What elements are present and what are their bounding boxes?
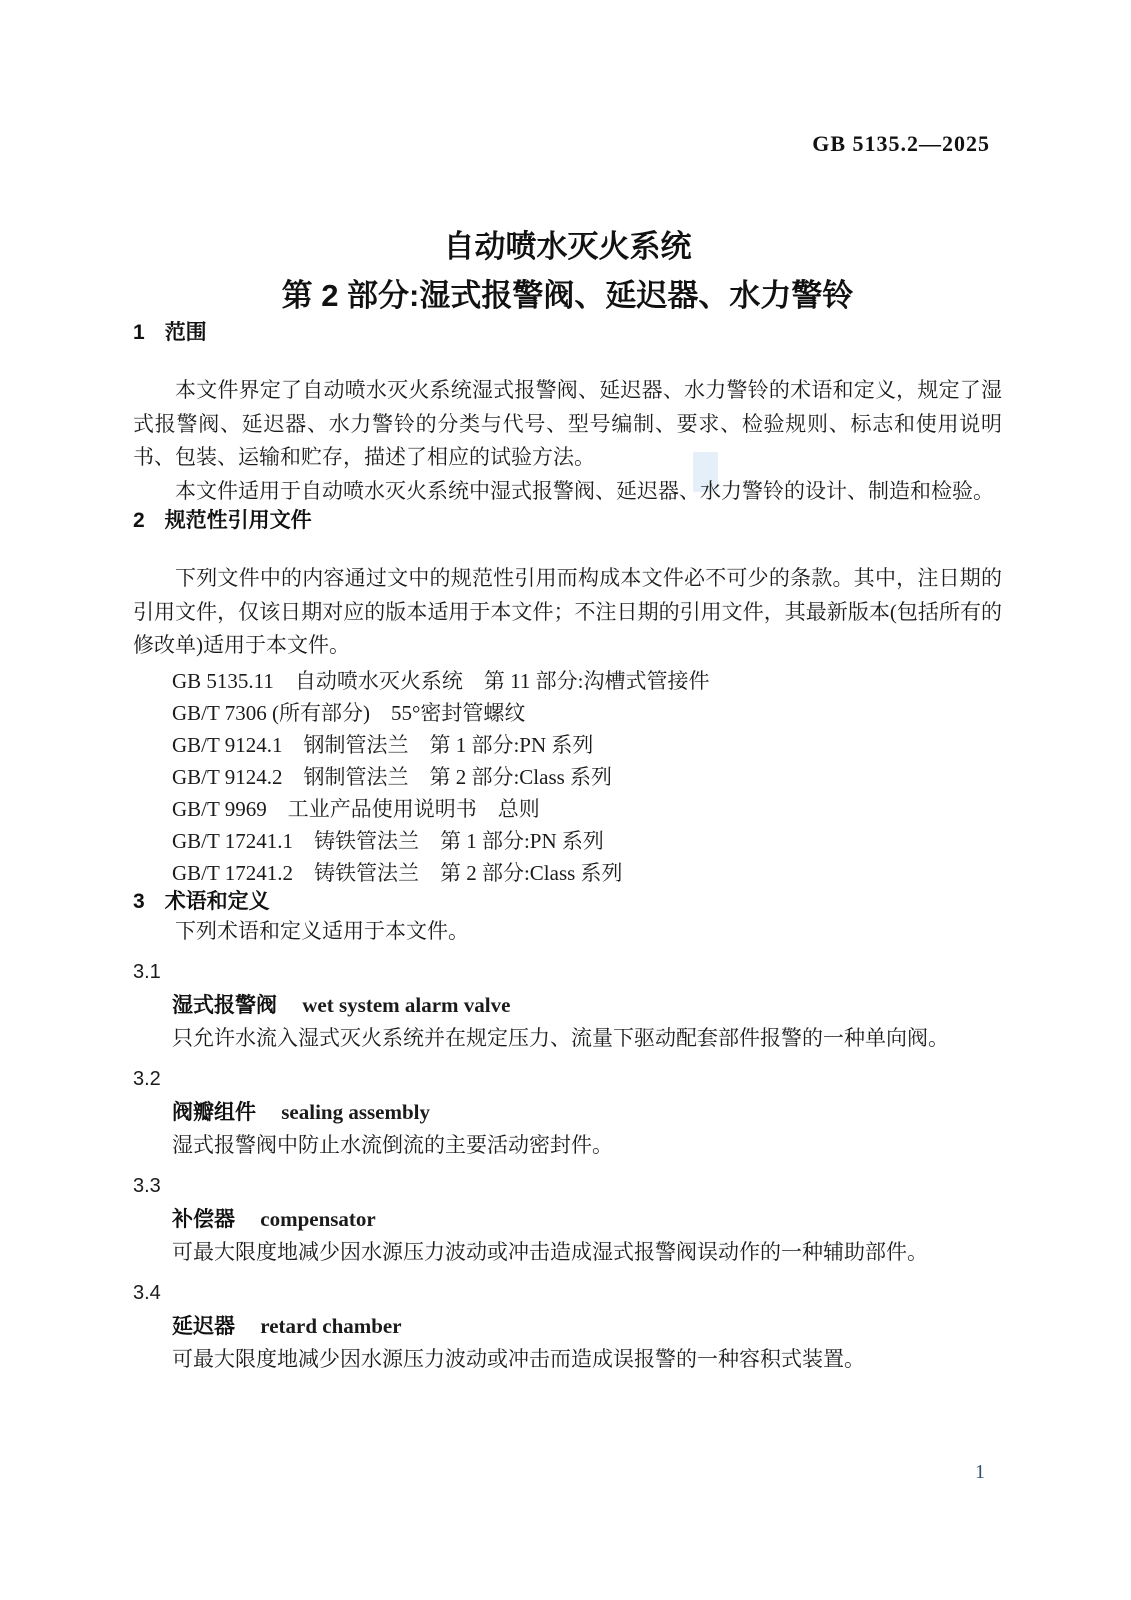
doc-title: 自动喷水灭火系统 第 2 部分:湿式报警阀、延迟器、水力警铃 xyxy=(133,0,1002,320)
term-number: 3.1 xyxy=(133,956,1002,989)
terms-intro-paragraph: 下列术语和定义适用于本文件。 xyxy=(133,915,1002,949)
section-scope-number: 1 xyxy=(133,320,145,346)
section-refs-title: 规范性引用文件 xyxy=(165,508,312,534)
term-block: 3.1 湿式报警阀 wet system alarm valve 只允许水流入湿… xyxy=(133,956,1002,1055)
term-name-en: compensator xyxy=(260,1207,375,1231)
reference-item: GB/T 7306 (所有部分) 55°密封管螺纹 xyxy=(133,697,1002,729)
reference-item: GB/T 9969 工业产品使用说明书 总则 xyxy=(133,793,1002,825)
term-name-zh: 湿式报警阀 xyxy=(172,994,277,1017)
page-number: 1 xyxy=(975,1461,985,1484)
term-definition: 只允许水流入湿式灭火系统并在规定压力、流量下驱动配套部件报警的一种单向阀。 xyxy=(133,1022,1002,1055)
scope-paragraph-1: 本文件界定了自动喷水灭火系统湿式报警阀、延迟器、水力警铃的术语和定义，规定了湿式… xyxy=(133,374,1002,475)
term-name-zh: 阀瓣组件 xyxy=(172,1101,256,1124)
standard-document-page: GB 5135.2—2025 自动喷水灭火系统 第 2 部分:湿式报警阀、延迟器… xyxy=(0,0,1131,1600)
reference-item: GB/T 17241.1 铸铁管法兰 第 1 部分:PN 系列 xyxy=(133,825,1002,857)
term-name-en: retard chamber xyxy=(260,1314,401,1338)
term-name-line: 延迟器 retard chamber xyxy=(133,1310,1002,1343)
term-name-en: sealing assembly xyxy=(281,1100,430,1124)
doc-title-line2: 第 2 部分:湿式报警阀、延迟器、水力警铃 xyxy=(133,271,1002,320)
term-definition: 可最大限度地减少因水源压力波动或冲击而造成误报警的一种容积式装置。 xyxy=(133,1343,1002,1376)
term-block: 3.2 阀瓣组件 sealing assembly 湿式报警阀中防止水流倒流的主… xyxy=(133,1063,1002,1162)
term-name-zh: 延迟器 xyxy=(172,1315,235,1338)
term-name-line: 补偿器 compensator xyxy=(133,1203,1002,1236)
section-scope-heading: 1 范围 xyxy=(133,320,1002,346)
term-definition: 可最大限度地减少因水源压力波动或冲击造成湿式报警阀误动作的一种辅助部件。 xyxy=(133,1236,1002,1269)
term-block: 3.3 补偿器 compensator 可最大限度地减少因水源压力波动或冲击造成… xyxy=(133,1170,1002,1269)
page-content: 自动喷水灭火系统 第 2 部分:湿式报警阀、延迟器、水力警铃 1 范围 本文件界… xyxy=(133,0,1002,1376)
section-refs-heading: 2 规范性引用文件 xyxy=(133,508,1002,534)
term-name-line: 湿式报警阀 wet system alarm valve xyxy=(133,989,1002,1022)
doc-title-line1: 自动喷水灭火系统 xyxy=(133,222,1002,271)
term-number: 3.3 xyxy=(133,1170,1002,1203)
scope-paragraph-2: 本文件适用于自动喷水灭火系统中湿式报警阀、延迟器、水力警铃的设计、制造和检验。 xyxy=(133,475,1002,509)
reference-item: GB/T 9124.2 钢制管法兰 第 2 部分:Class 系列 xyxy=(133,761,1002,793)
term-number: 3.4 xyxy=(133,1277,1002,1310)
term-number: 3.2 xyxy=(133,1063,1002,1096)
reference-item: GB/T 9124.1 钢制管法兰 第 1 部分:PN 系列 xyxy=(133,729,1002,761)
reference-item: GB/T 17241.2 铸铁管法兰 第 2 部分:Class 系列 xyxy=(133,857,1002,889)
term-block: 3.4 延迟器 retard chamber 可最大限度地减少因水源压力波动或冲… xyxy=(133,1277,1002,1376)
reference-list: GB 5135.11 自动喷水灭火系统 第 11 部分:沟槽式管接件 GB/T … xyxy=(133,665,1002,889)
term-definition: 湿式报警阀中防止水流倒流的主要活动密封件。 xyxy=(133,1129,1002,1162)
section-terms-title: 术语和定义 xyxy=(165,889,270,915)
term-name-zh: 补偿器 xyxy=(172,1208,235,1231)
term-name-en: wet system alarm valve xyxy=(302,993,510,1017)
section-terms-number: 3 xyxy=(133,889,145,915)
refs-intro-paragraph: 下列文件中的内容通过文中的规范性引用而构成本文件必不可少的条款。其中，注日期的引… xyxy=(133,562,1002,663)
reference-item: GB 5135.11 自动喷水灭火系统 第 11 部分:沟槽式管接件 xyxy=(133,665,1002,697)
section-terms-heading: 3 术语和定义 xyxy=(133,889,1002,915)
section-refs-number: 2 xyxy=(133,508,145,534)
term-name-line: 阀瓣组件 sealing assembly xyxy=(133,1096,1002,1129)
section-scope-title: 范围 xyxy=(165,320,207,346)
